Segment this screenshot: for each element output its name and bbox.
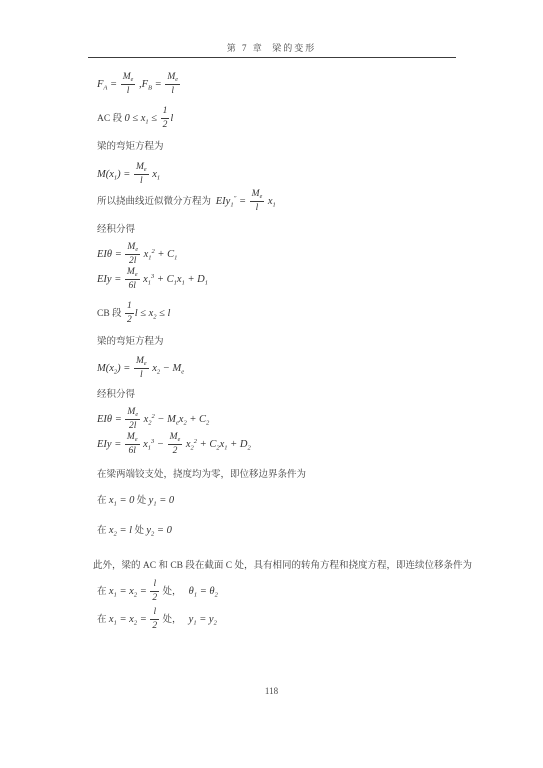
formula-support-reactions: FA = Mel ,FB = Mel <box>97 72 543 97</box>
text-run: 处 <box>132 526 146 536</box>
math-expression: y2 = 0 <box>146 525 172 536</box>
document-page: 第 7 章 梁的变形 FA = Mel ,FB = MelAC 段 0 ≤ x1… <box>0 0 543 768</box>
fraction: 12 <box>125 301 134 326</box>
fraction: 12 <box>161 106 170 131</box>
fraction: Mel <box>165 72 180 97</box>
chapter-title: 第 7 章 梁的变形 <box>0 41 543 54</box>
fraction: Mel <box>134 356 149 381</box>
formula-slope-cb: EIθ = Me2l x22 − Mex2 + C2 <box>97 407 543 432</box>
content: FA = Mel ,FB = MelAC 段 0 ≤ x1 ≤ 12l梁的弯矩方… <box>0 72 543 632</box>
math-expression: EIθ = Me2l x22 − Mex2 + C2 <box>97 414 209 425</box>
text-deflection-differential-equation: 所以挠曲线近似微分方程为 EIy1″ = Mel x1 <box>97 189 543 214</box>
math-expression: θ1 = θ2 <box>189 586 218 597</box>
fraction: Me6l <box>125 267 140 292</box>
text-run: 在 <box>97 615 109 625</box>
fraction: Me2 <box>168 432 183 457</box>
math-expression: EIy1″ = Mel x1 <box>216 196 276 207</box>
condition-x2-l: 在 x2 = l 处 y2 = 0 <box>97 524 543 538</box>
math-expression: 0 ≤ x1 ≤ 12l <box>124 113 173 124</box>
math-expression: x1 = x2 = l2 <box>109 586 160 597</box>
condition-y-continuity: 在 x1 = x2 = l2 处， y1 = y2 <box>97 607 543 632</box>
segment-ac-domain: AC 段 0 ≤ x1 ≤ 12l <box>97 106 543 131</box>
fraction: Mel <box>250 189 265 214</box>
text-run: 此外，梁的 AC 和 CB 段在截面 C 处，具有相同的转角方程和挠度方程，即连… <box>93 561 472 571</box>
text-after-integration-ac: 经积分得 <box>97 223 543 237</box>
formula-bending-moment-ac: M(x1) = Mel x1 <box>97 162 543 187</box>
formula-deflection-ac: EIy = Me6l x13 + C1x1 + D1 <box>97 267 543 292</box>
fraction: Me2l <box>125 242 140 267</box>
text-after-integration-cb: 经积分得 <box>97 388 543 402</box>
math-expression: FA = Mel ,FB = Mel <box>97 79 181 90</box>
text-run: 梁的弯矩方程为 <box>97 337 164 347</box>
text-run: CB 段 <box>97 309 124 319</box>
text-run: 处， <box>160 615 189 625</box>
formula-bending-moment-cb: M(x2) = Mel x2 − Me <box>97 356 543 381</box>
formula-slope-ac: EIθ = Me2l x12 + C1 <box>97 242 543 267</box>
condition-x1-zero: 在 x1 = 0 处 y1 = 0 <box>97 494 543 508</box>
math-expression: M(x1) = Mel x1 <box>97 169 160 180</box>
header-rule <box>88 57 456 58</box>
text-run: 在 <box>97 526 109 536</box>
text-run: 在 <box>97 587 109 597</box>
text-run: 经积分得 <box>97 225 135 235</box>
math-expression: EIθ = Me2l x12 + C1 <box>97 249 177 260</box>
math-expression: x1 = x2 = l2 <box>109 614 160 625</box>
condition-theta-continuity: 在 x1 = x2 = l2 处， θ1 = θ2 <box>97 579 543 604</box>
text-run: 处 <box>134 496 148 506</box>
math-expression: EIy = Me6l x13 + C1x1 + D1 <box>97 274 208 285</box>
fraction: l2 <box>150 607 159 632</box>
text-bending-moment-intro-cb: 梁的弯矩方程为 <box>97 335 543 349</box>
fraction: Mel <box>134 162 149 187</box>
page-header: 第 7 章 梁的变形 <box>0 41 543 58</box>
segment-cb-domain: CB 段 12l ≤ x2 ≤ l <box>97 301 543 326</box>
text-run: 梁的弯矩方程为 <box>97 142 164 152</box>
text-boundary-conditions: 在梁两端铰支处，挠度均为零，即位移边界条件为 <box>97 468 543 482</box>
fraction: l2 <box>150 579 159 604</box>
fraction: Mel <box>121 72 136 97</box>
math-expression: 12l ≤ x2 ≤ l <box>124 308 171 319</box>
text-run: 在梁两端铰支处，挠度均为零，即位移边界条件为 <box>97 470 306 480</box>
text-run: 在 <box>97 496 109 506</box>
continuity-paragraph: 此外，梁的 AC 和 CB 段在截面 C 处，具有相同的转角方程和挠度方程，即连… <box>64 556 488 576</box>
text-run: AC 段 <box>97 114 124 124</box>
math-expression: x1 = 0 <box>109 495 135 506</box>
fraction: Me2l <box>125 407 140 432</box>
math-expression: y1 = y2 <box>189 614 217 625</box>
formula-deflection-cb: EIy = Me6l x13 − Me2 x22 + C2x1 + D2 <box>97 432 543 457</box>
fraction: Me6l <box>125 432 140 457</box>
math-expression: y1 = 0 <box>149 495 175 506</box>
text-run: 处， <box>160 587 189 597</box>
text-run: 所以挠曲线近似微分方程为 <box>97 197 216 207</box>
math-expression: EIy = Me6l x13 − Me2 x22 + C2x1 + D2 <box>97 439 251 450</box>
math-expression: M(x2) = Mel x2 − Me <box>97 363 184 374</box>
page-number: 118 <box>0 686 543 696</box>
text-run: 经积分得 <box>97 390 135 400</box>
math-expression: x2 = l <box>109 525 132 536</box>
text-bending-moment-intro-ac: 梁的弯矩方程为 <box>97 140 543 154</box>
